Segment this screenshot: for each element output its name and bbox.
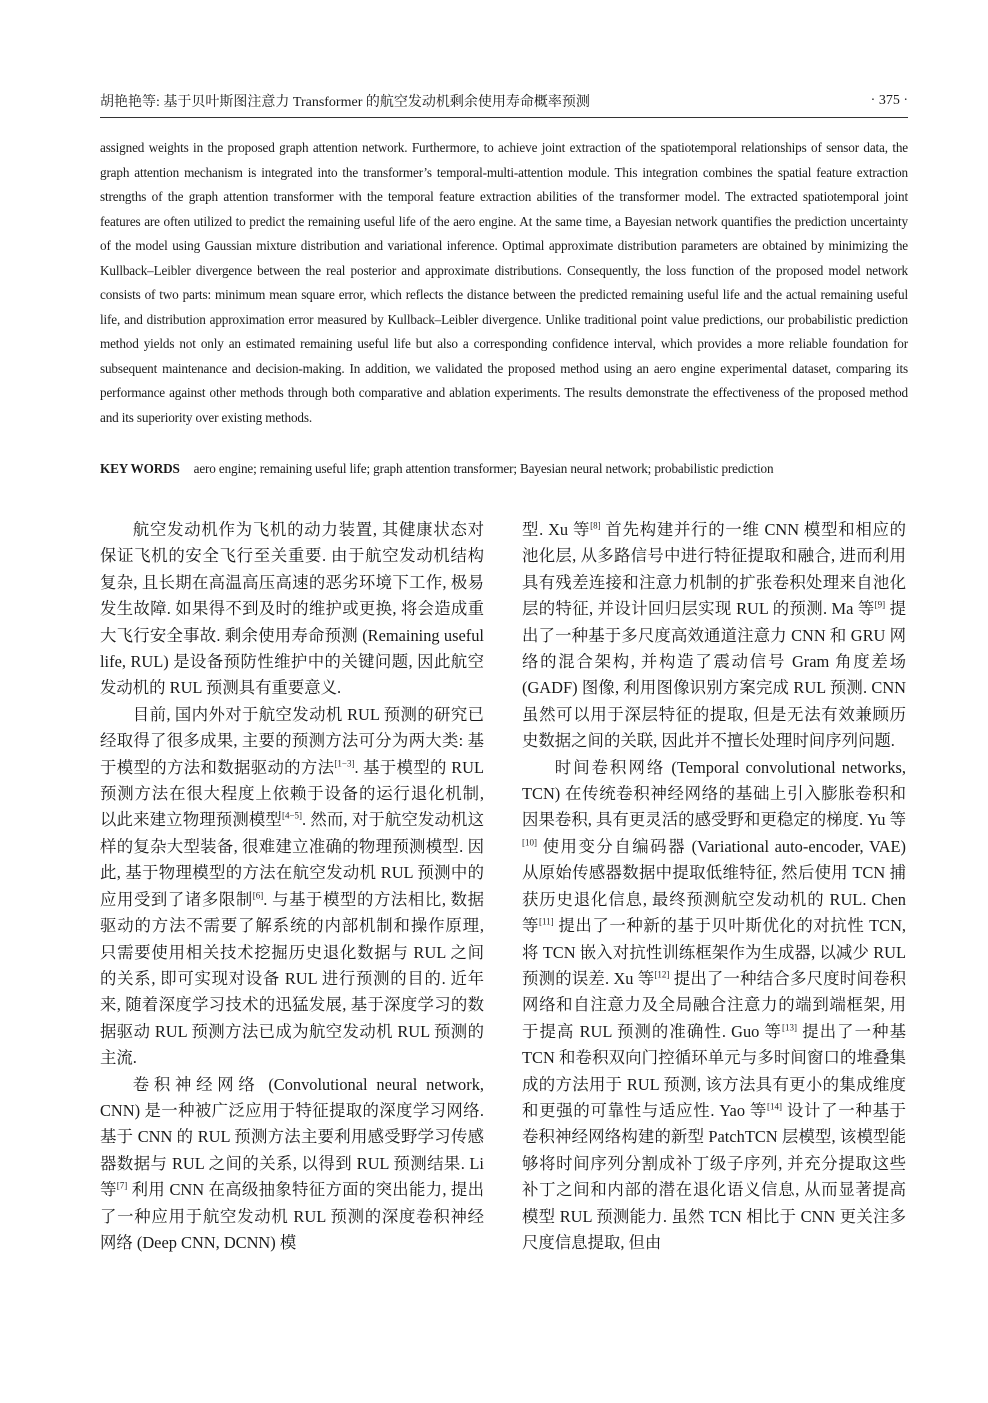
- citation: [10]: [522, 837, 537, 847]
- english-abstract: assigned weights in the proposed graph a…: [100, 136, 908, 430]
- abstract-text: assigned weights in the proposed graph a…: [100, 136, 908, 430]
- running-title: 胡艳艳等: 基于贝叶斯图注意力 Transformer 的航空发动机剩余使用寿命…: [100, 91, 590, 111]
- paragraph-cnn-continued: 型. Xu 等[8] 首先构建并行的一维 CNN 模型和相应的池化层, 从多路信…: [522, 517, 906, 755]
- body-column-right: 型. Xu 等[8] 首先构建并行的一维 CNN 模型和相应的池化层, 从多路信…: [522, 517, 906, 1256]
- citation: [12]: [654, 969, 669, 979]
- citation: [6]: [253, 890, 264, 900]
- header-divider: [100, 117, 908, 118]
- keywords-line: KEY WORDSaero engine; remaining useful l…: [100, 459, 908, 479]
- keywords-text: aero engine; remaining useful life; grap…: [194, 461, 774, 476]
- citation: [13]: [782, 1022, 797, 1032]
- page-number: · 375 ·: [871, 93, 908, 109]
- paragraph-tcn: 时间卷积网络 (Temporal convolutional networks,…: [522, 755, 906, 1257]
- paragraph-methods-overview: 目前, 国内外对于航空发动机 RUL 预测的研究已经取得了很多成果, 主要的预测…: [100, 702, 484, 1072]
- running-header: 胡艳艳等: 基于贝叶斯图注意力 Transformer 的航空发动机剩余使用寿命…: [100, 90, 908, 112]
- citation: [14]: [767, 1101, 782, 1111]
- citation: [8]: [590, 521, 601, 531]
- paragraph-cnn: 卷积神经网络 (Convolutional neural network, CN…: [100, 1072, 484, 1257]
- citation: [7]: [117, 1181, 128, 1191]
- citation: [11]: [539, 917, 554, 927]
- body-column-left: 航空发动机作为飞机的动力装置, 其健康状态对保证飞机的安全飞行至关重要. 由于航…: [100, 517, 484, 1256]
- citation: [1−3]: [334, 758, 354, 768]
- citation: [4−5]: [282, 811, 302, 821]
- paragraph-intro: 航空发动机作为飞机的动力装置, 其健康状态对保证飞机的安全飞行至关重要. 由于航…: [100, 517, 484, 702]
- citation: [9]: [875, 600, 886, 610]
- keywords-label: KEY WORDS: [100, 461, 180, 476]
